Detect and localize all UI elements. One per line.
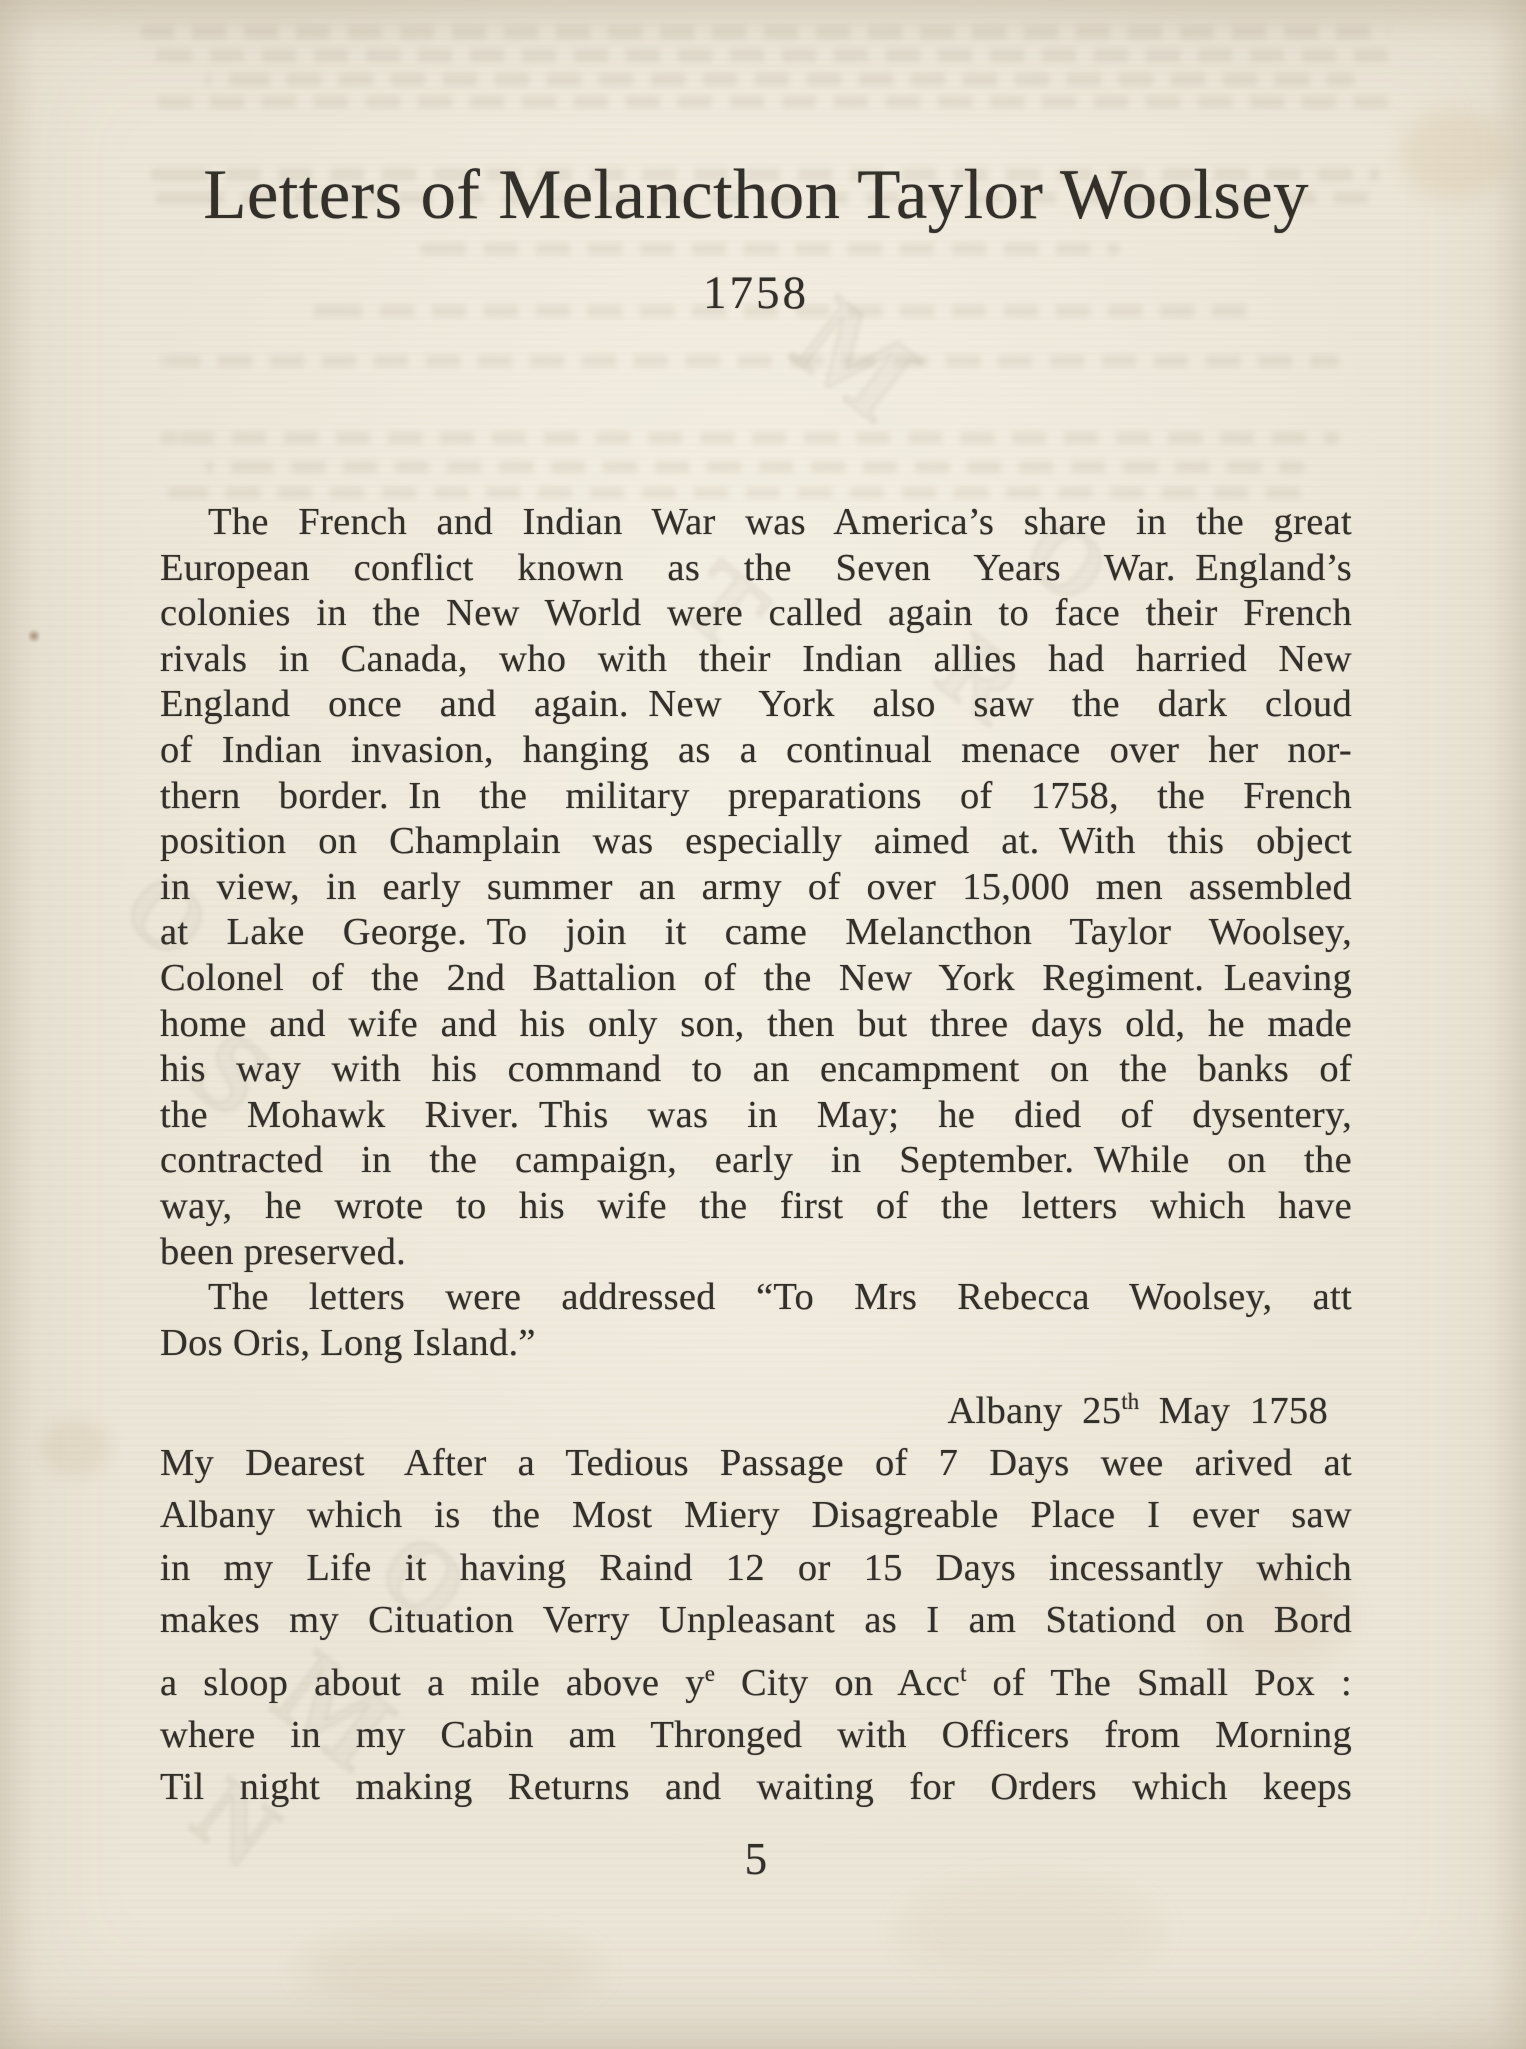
show-through-line [205, 73, 1355, 86]
intro-line: European conflict known as the Seven Yea… [160, 546, 1352, 592]
show-through-line [160, 487, 1310, 498]
intro-line: Colonel of the 2nd Battalion of the New … [160, 956, 1352, 1002]
letter-line-text: a sloop about a mile above y [160, 1661, 705, 1703]
intro-line: contracted in the campaign, early in Sep… [160, 1138, 1352, 1184]
intro-line: home and wife and his only son, then but… [160, 1002, 1352, 1048]
dateline-superscript: th [1121, 1388, 1139, 1414]
intro-line: thern border. In the military preparatio… [160, 774, 1352, 820]
intro-line: the Mohawk River. This was in May; he di… [160, 1093, 1352, 1139]
letter-line: My Dearest After a Tedious Passage of 7 … [160, 1437, 1352, 1489]
intro-line: at Lake George. To join it came Melancth… [160, 910, 1352, 956]
intro-line: rivals in Canada, who with their Indian … [160, 637, 1352, 683]
show-through-line [160, 355, 1340, 367]
chapter-year: 1758 [160, 266, 1352, 320]
show-through-line [420, 243, 1120, 255]
intro-line: colonies in the New World were called ag… [160, 591, 1352, 637]
intro-line: been preserved. [160, 1230, 1352, 1276]
show-through-line [160, 432, 1340, 444]
stain [28, 628, 40, 644]
dateline-text: May 1758 [1139, 1390, 1328, 1432]
page-number: 5 [160, 1833, 1352, 1885]
intro-line: position on Champlain was especially aim… [160, 819, 1352, 865]
intro-line: The letters were addressed “To Mrs Rebec… [160, 1275, 1352, 1321]
introduction-paragraph: The French and Indian War was America’s … [160, 500, 1352, 1366]
letter-line-text: City on Acc [715, 1661, 960, 1703]
dateline-text: Albany 25 [947, 1390, 1121, 1432]
stain [1400, 110, 1510, 200]
letter-line: where in my Cabin am Thronged with Offic… [160, 1709, 1352, 1761]
show-through-line [140, 25, 1390, 39]
book-page: M O R T O S O M N Letters of Melancthon … [0, 0, 1526, 2049]
stain [900, 1880, 1160, 1980]
letter-line: makes my Cituation Verry Unpleasant as I… [160, 1594, 1352, 1646]
show-through-line [205, 461, 1305, 473]
letter-line: Albany which is the Most Miery Disagreab… [160, 1489, 1352, 1541]
intro-line: England once and again. New York also sa… [160, 682, 1352, 728]
intro-line: The French and Indian War was America’s … [160, 500, 1352, 546]
show-through-line [140, 49, 1390, 62]
letter-dateline: Albany 25th May 1758 [160, 1388, 1352, 1433]
intro-line: of Indian invasion, hanging as a continu… [160, 728, 1352, 774]
chapter-title: Letters of Melancthon Taylor Woolsey [160, 158, 1352, 233]
letter-line: Til night making Returns and waiting for… [160, 1761, 1352, 1813]
show-through-line [150, 96, 1390, 108]
stain [40, 1420, 110, 1475]
letter-line-text: of The Small Pox : [967, 1661, 1352, 1703]
intro-line: way, he wrote to his wife the first of t… [160, 1184, 1352, 1230]
letter-superscript: e [705, 1660, 715, 1686]
letter-body: My Dearest After a Tedious Passage of 7 … [160, 1437, 1352, 1814]
letter-line: a sloop about a mile above ye City on Ac… [160, 1647, 1352, 1709]
letter-line: in my Life it having Raind 12 or 15 Days… [160, 1542, 1352, 1594]
intro-line: his way with his command to an encampmen… [160, 1047, 1352, 1093]
stain [300, 1930, 600, 2010]
intro-line: in view, in early summer an army of over… [160, 865, 1352, 911]
intro-line: Dos Oris, Long Island.” [160, 1321, 1352, 1367]
